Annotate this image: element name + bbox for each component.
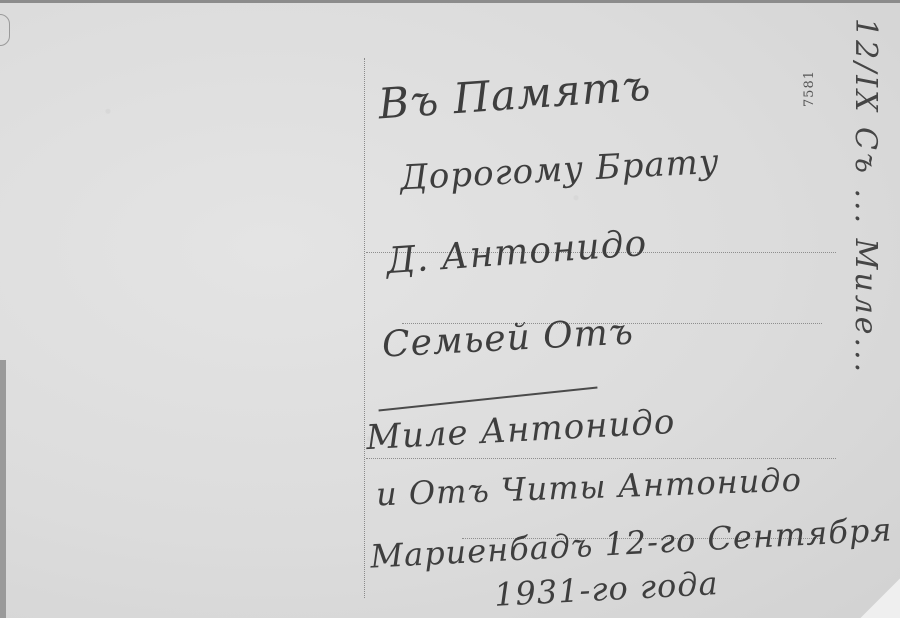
inscription-line-8: 1931-го года [493, 564, 719, 614]
postcard: 7581 Въ Памятъ Дорогому Брату Д. Антонид… [0, 0, 900, 618]
inscription-line-4: Семьей Отъ [381, 311, 635, 365]
inscription-line-2: Дорогому Брату [399, 142, 720, 199]
serial-number: 7581 [802, 70, 817, 107]
inscription-line-1: Въ Памятъ [377, 61, 653, 129]
corner-mark [0, 14, 10, 46]
address-divider [364, 58, 365, 598]
margin-note: 12/IX Съ ... Миле... [848, 18, 883, 578]
address-line [366, 458, 836, 459]
card-top-edge [0, 0, 900, 3]
inscription-line-6: и Отъ Читы Антонидо [375, 461, 802, 514]
inscription-line-3: Д. Антонидо [385, 223, 649, 282]
inscription-line-5: Миле Антонидо [365, 402, 676, 458]
corner-curl [860, 578, 900, 618]
inscription-line-7: Мариенбадъ 12-го Сентября [369, 510, 893, 575]
card-left-edge [0, 360, 6, 618]
